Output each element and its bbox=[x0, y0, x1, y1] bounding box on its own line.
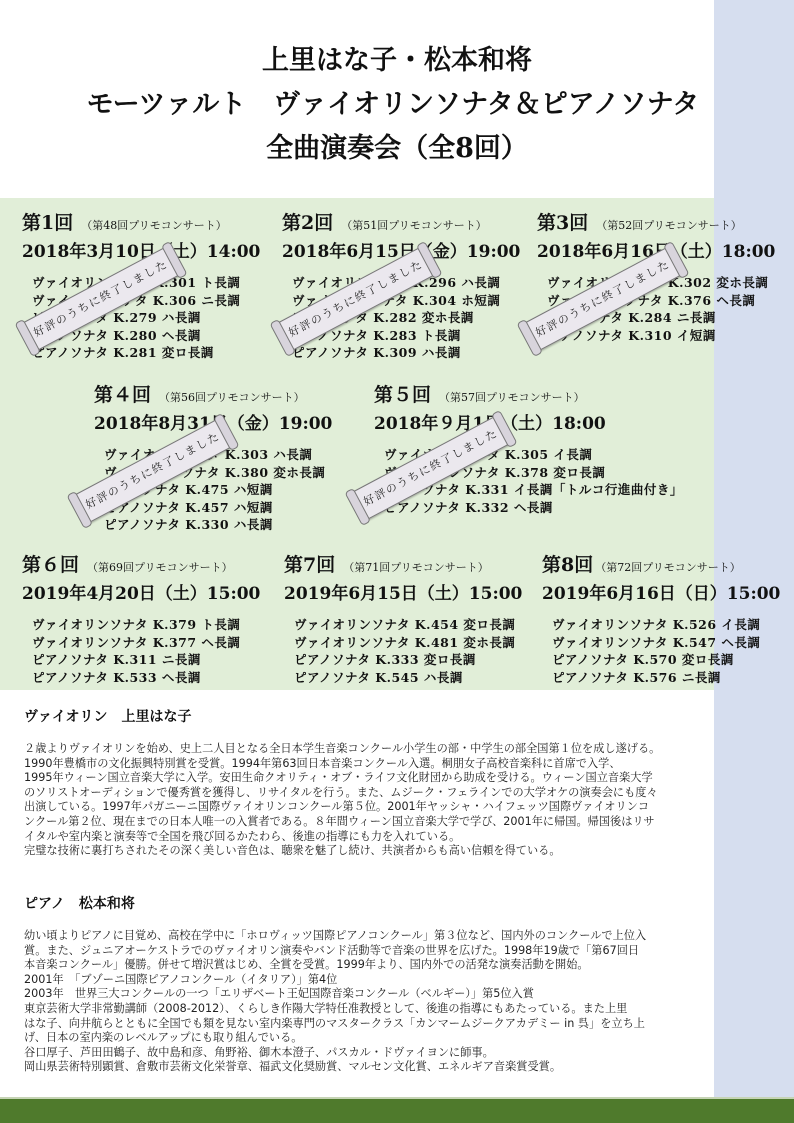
bio-line: 2003年 世界三大コンクールの一つ「エリザベート王妃国際音楽コンクール（ベルギ… bbox=[24, 987, 784, 1002]
work-item: ピアノソナタ K.281 変ロ長調 bbox=[32, 344, 260, 362]
concert-works: ヴァイオリンソナタ K.526 イ長調 ヴァイオリンソナタ K.547 ヘ長調 … bbox=[552, 616, 780, 686]
work-item: ピアノソナタ K.533 ヘ長調 bbox=[32, 669, 260, 687]
concert-title: 第1回 bbox=[22, 212, 73, 234]
work-item: ピアノソナタ K.570 変ロ長調 bbox=[552, 651, 780, 669]
piano-bio-text: 幼い頃よりピアノに目覚め、高校在学中に「ホロヴィッツ国際ピアノコンクール」第３位… bbox=[24, 929, 784, 1075]
work-item: ヴァイオリンソナタ K.481 変ホ長調 bbox=[294, 634, 522, 652]
work-item: ヴァイオリンソナタ K.454 変ロ長調 bbox=[294, 616, 522, 634]
bio-line: 出演している。1997年パガニーニ国際ヴァイオリンコンクール第５位。2001年ヤ… bbox=[24, 800, 784, 815]
violin-biography: ヴァイオリン 上里はな子 ２歳よりヴァイオリンを始め、史上二人目となる全日本学生… bbox=[24, 706, 784, 859]
work-item: ピアノソナタ K.457 ハ短調 bbox=[104, 499, 332, 517]
bio-line: ンクール第２位、現在までの日本人唯一の入賞者である。８年間ウィーン国立音楽大学で… bbox=[24, 815, 784, 830]
work-item: ピアノソナタ K.576 ニ長調 bbox=[552, 669, 780, 687]
concert-date: 2019年6月15日（土）15:00 bbox=[284, 579, 522, 604]
concert-6: 第６回（第69回プリモコンサート） 2019年4月20日（土）15:00 ヴァイ… bbox=[22, 550, 260, 686]
series-title: 全曲演奏会（全8回） bbox=[0, 126, 794, 165]
work-item: ヴァイオリンソナタ K.377 ヘ長調 bbox=[32, 634, 260, 652]
bio-line: 2001年 「ブゾーニ国際ピアノコンクール（イタリア）」第4位 bbox=[24, 973, 784, 988]
concert-works: ヴァイオリンソナタ K.379 ト長調 ヴァイオリンソナタ K.377 ヘ長調 … bbox=[32, 616, 260, 686]
work-item: ヴァイオリンソナタ K.379 ト長調 bbox=[32, 616, 260, 634]
concert-subtitle: （第71回プリモコンサート） bbox=[343, 561, 489, 574]
concert-subtitle: （第69回プリモコンサート） bbox=[87, 561, 233, 574]
concert-subtitle: （第48回プリモコンサート） bbox=[81, 219, 227, 232]
bio-line: 賞。また、ジュニアオーケストラでのヴァイオリン演奏やバンド活動等で音楽の世界を広… bbox=[24, 944, 784, 959]
concert-7: 第7回（第71回プリモコンサート） 2019年6月15日（土）15:00 ヴァイ… bbox=[284, 550, 522, 686]
bio-line: ２歳よりヴァイオリンを始め、史上二人目となる全日本学生音楽コンクール小学生の部・… bbox=[24, 742, 784, 757]
work-item: ピアノソナタ K.330 ハ長調 bbox=[104, 516, 332, 534]
bio-line: 東京芸術大学非常勤講師（2008-2012）、くらしき作陽大学特任准教授として、… bbox=[24, 1002, 784, 1017]
concert-title: 第8回 bbox=[542, 554, 593, 576]
work-item: ヴァイオリンソナタ K.526 イ長調 bbox=[552, 616, 780, 634]
bio-line: のソリストオーディションで優秀賞を獲得し、リサイタルを行う。また、ムジーク・フェ… bbox=[24, 786, 784, 801]
bio-line: イタルや室内楽と演奏等で全国を飛び回るかたわら、後進の指導にも力を入れている。 bbox=[24, 830, 784, 845]
work-item: ピアノソナタ K.311 ニ長調 bbox=[32, 651, 260, 669]
concert-title: 第５回 bbox=[374, 384, 431, 406]
work-item: ヴァイオリンソナタ K.547 ヘ長調 bbox=[552, 634, 780, 652]
bio-line: 幼い頃よりピアノに目覚め、高校在学中に「ホロヴィッツ国際ピアノコンクール」第３位… bbox=[24, 929, 784, 944]
concert-8: 第8回（第72回プリモコンサート） 2019年6月16日（日）15:00 ヴァイ… bbox=[542, 550, 780, 686]
concert-date: 2019年4月20日（土）15:00 bbox=[22, 579, 260, 604]
piano-bio-heading: ピアノ 松本和将 bbox=[24, 893, 784, 913]
concert-date: 2018年９月1日（土）18:00 bbox=[374, 409, 683, 434]
concert-title: 第６回 bbox=[22, 554, 79, 576]
piano-biography: ピアノ 松本和将 幼い頃よりピアノに目覚め、高校在学中に「ホロヴィッツ国際ピアノ… bbox=[24, 893, 784, 1075]
work-item: ピアノソナタ K.310 イ短調 bbox=[547, 327, 775, 345]
work-item: ピアノソナタ K.332 ヘ長調 bbox=[384, 499, 683, 517]
concert-subtitle: （第52回プリモコンサート） bbox=[596, 219, 742, 232]
concert-subtitle: （第57回プリモコンサート） bbox=[439, 391, 585, 404]
concert-title: 第４回 bbox=[94, 384, 151, 406]
bio-line: 1990年豊橋市の文化振興特別賞を受賞。1994年第63回日本音楽コンクール入選… bbox=[24, 757, 784, 772]
concert-subtitle: （第56回プリモコンサート） bbox=[159, 391, 305, 404]
footer-bar bbox=[0, 1097, 794, 1123]
concert-subtitle: （第72回プリモコンサート） bbox=[595, 561, 741, 574]
bio-line: 完璧な技術に裏打ちされたその深く美しい音色は、聴衆を魅了し続け、共演者からも高い… bbox=[24, 844, 784, 859]
program-title: モーツァルト ヴァイオリンソナタ＆ピアノソナタ bbox=[0, 82, 790, 121]
violin-bio-heading: ヴァイオリン 上里はな子 bbox=[24, 706, 784, 726]
bio-line: 岡山県芸術特別顕賞、倉敷市芸術文化栄誉章、福武文化奨励賞、マルセン文化賞、エネル… bbox=[24, 1060, 784, 1075]
bio-line: はな子、向井航らとともに全国でも類を見ない室内楽専門のマスタークラス「カンマーム… bbox=[24, 1017, 784, 1032]
violin-bio-text: ２歳よりヴァイオリンを始め、史上二人目となる全日本学生音楽コンクール小学生の部・… bbox=[24, 742, 784, 859]
concert-title: 第3回 bbox=[537, 212, 588, 234]
concert-subtitle: （第51回プリモコンサート） bbox=[341, 219, 487, 232]
work-item: ピアノソナタ K.309 ハ長調 bbox=[292, 344, 520, 362]
bio-line: 谷口厚子、芦田田鶴子、故中島和彦、角野裕、御木本澄子、パスカル・ドヴァイヨンに師… bbox=[24, 1046, 784, 1061]
concert-title: 第2回 bbox=[282, 212, 333, 234]
concert-title: 第7回 bbox=[284, 554, 335, 576]
performers-title: 上里はな子・松本和将 bbox=[0, 38, 794, 77]
concert-5: 第５回（第57回プリモコンサート） 2018年９月1日（土）18:00 ヴァイオ… bbox=[374, 380, 683, 516]
concert-date: 2019年6月16日（日）15:00 bbox=[542, 579, 780, 604]
concert-works: ヴァイオリンソナタ K.454 変ロ長調 ヴァイオリンソナタ K.481 変ホ長… bbox=[294, 616, 522, 686]
bio-line: 1995年ウィーン国立音楽大学に入学。安田生命クオリティ・オブ・ライフ文化財団か… bbox=[24, 771, 784, 786]
work-item: ピアノソナタ K.545 ハ長調 bbox=[294, 669, 522, 687]
bio-line: 本音楽コンクール」優勝。併せて増沢賞はじめ、全賞を受賞。1999年より、国内外で… bbox=[24, 958, 784, 973]
work-item: ピアノソナタ K.333 変ロ長調 bbox=[294, 651, 522, 669]
bio-line: げ、日本の室内楽のレベルアップにも取り組んでいる。 bbox=[24, 1031, 784, 1046]
